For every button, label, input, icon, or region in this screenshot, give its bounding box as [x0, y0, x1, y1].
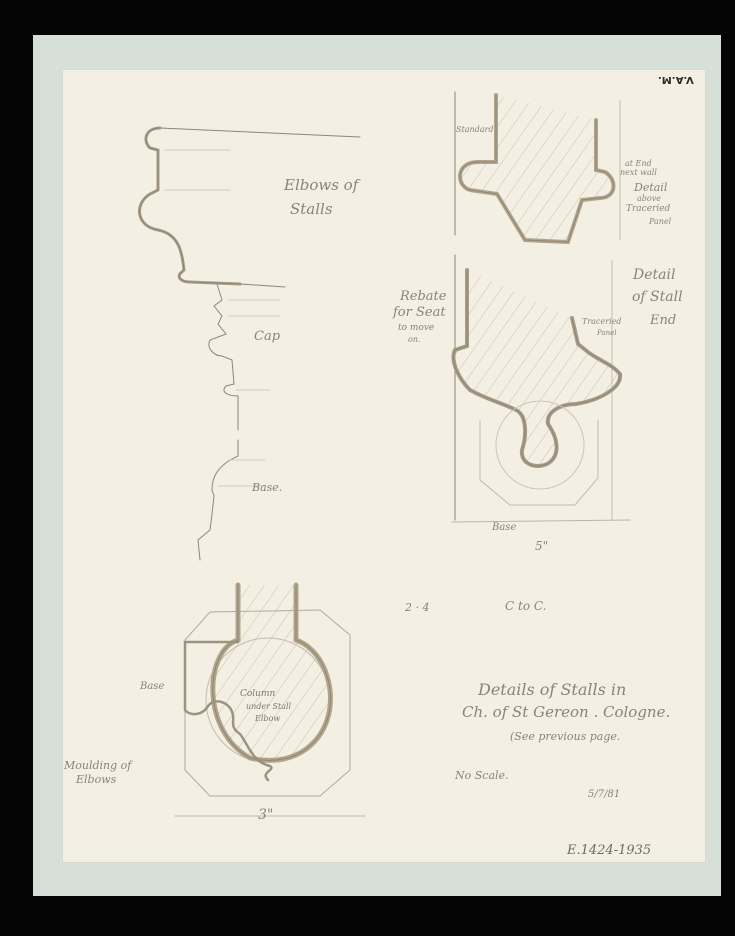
- annotation-c-to-c: C to C.: [505, 600, 546, 612]
- annotation-elbows-line2: Stalls: [290, 202, 333, 217]
- annotation-at-end-line1: at End: [625, 160, 652, 168]
- annotation-column-line3: Elbow: [255, 715, 280, 723]
- caption-line2: Ch. of St Gereon . Cologne.: [462, 705, 670, 720]
- cap-and-base-profile-sketch: [198, 284, 280, 560]
- annotation-column-line2: under Stall: [246, 703, 291, 711]
- annotation-traceried-line1: Traceried: [582, 318, 621, 326]
- annotation-traceried-line2: Panel: [597, 330, 616, 337]
- annotation-elbows-line1: Elbows of: [284, 178, 358, 193]
- annotation-detail-above-line1: Detail: [634, 182, 667, 193]
- architectural-sketches: [0, 0, 735, 936]
- annotation-moulding-line2: Elbows: [76, 774, 116, 785]
- annotation-base-upper: Base.: [252, 482, 282, 493]
- annotation-dimension-3in: 3": [258, 808, 273, 822]
- annotation-detail-above-line3: Traceried: [626, 205, 670, 214]
- annotation-dimension-2-4: 2 · 4: [405, 602, 430, 613]
- annotation-standard: Standard: [456, 126, 493, 134]
- annotation-rebate-line1: Rebate: [400, 290, 446, 303]
- annotation-cap: Cap: [254, 330, 280, 343]
- caption-line3: (See previous page.: [510, 731, 620, 742]
- annotation-dimension-5in: 5": [535, 540, 548, 552]
- annotation-detail-stall-end-line1: Detail: [633, 268, 675, 282]
- annotation-detail-stall-end-line3: End: [650, 314, 676, 327]
- column-plan-sketch: [175, 585, 365, 816]
- museum-stamp: V.A.M.: [658, 74, 694, 85]
- annotation-moulding-line1: Moulding of: [64, 760, 131, 771]
- annotation-column-line1: Column: [240, 690, 275, 699]
- annotation-base-plan: Base: [492, 523, 516, 533]
- annotation-date: 5/7/81: [588, 790, 620, 800]
- annotation-rebate-line4: on.: [408, 336, 421, 344]
- annotation-rebate-line3: to move: [398, 324, 434, 333]
- annotation-detail-above-line4: Panel: [649, 218, 671, 226]
- stall-end-section-sketch: [452, 255, 630, 522]
- traceried-panel-section-sketch: [455, 92, 620, 242]
- annotation-detail-stall-end-line2: of Stall: [632, 290, 683, 304]
- annotation-base-left: Base: [140, 682, 164, 692]
- annotation-rebate-line2: for Seat: [393, 306, 446, 319]
- annotation-no-scale: No Scale.: [455, 770, 509, 781]
- caption-line1: Details of Stalls in: [478, 682, 626, 698]
- annotation-detail-above-line2: above: [637, 195, 661, 203]
- accession-number: E.1424-1935: [567, 843, 651, 858]
- annotation-at-end-line2: next wall: [620, 169, 657, 177]
